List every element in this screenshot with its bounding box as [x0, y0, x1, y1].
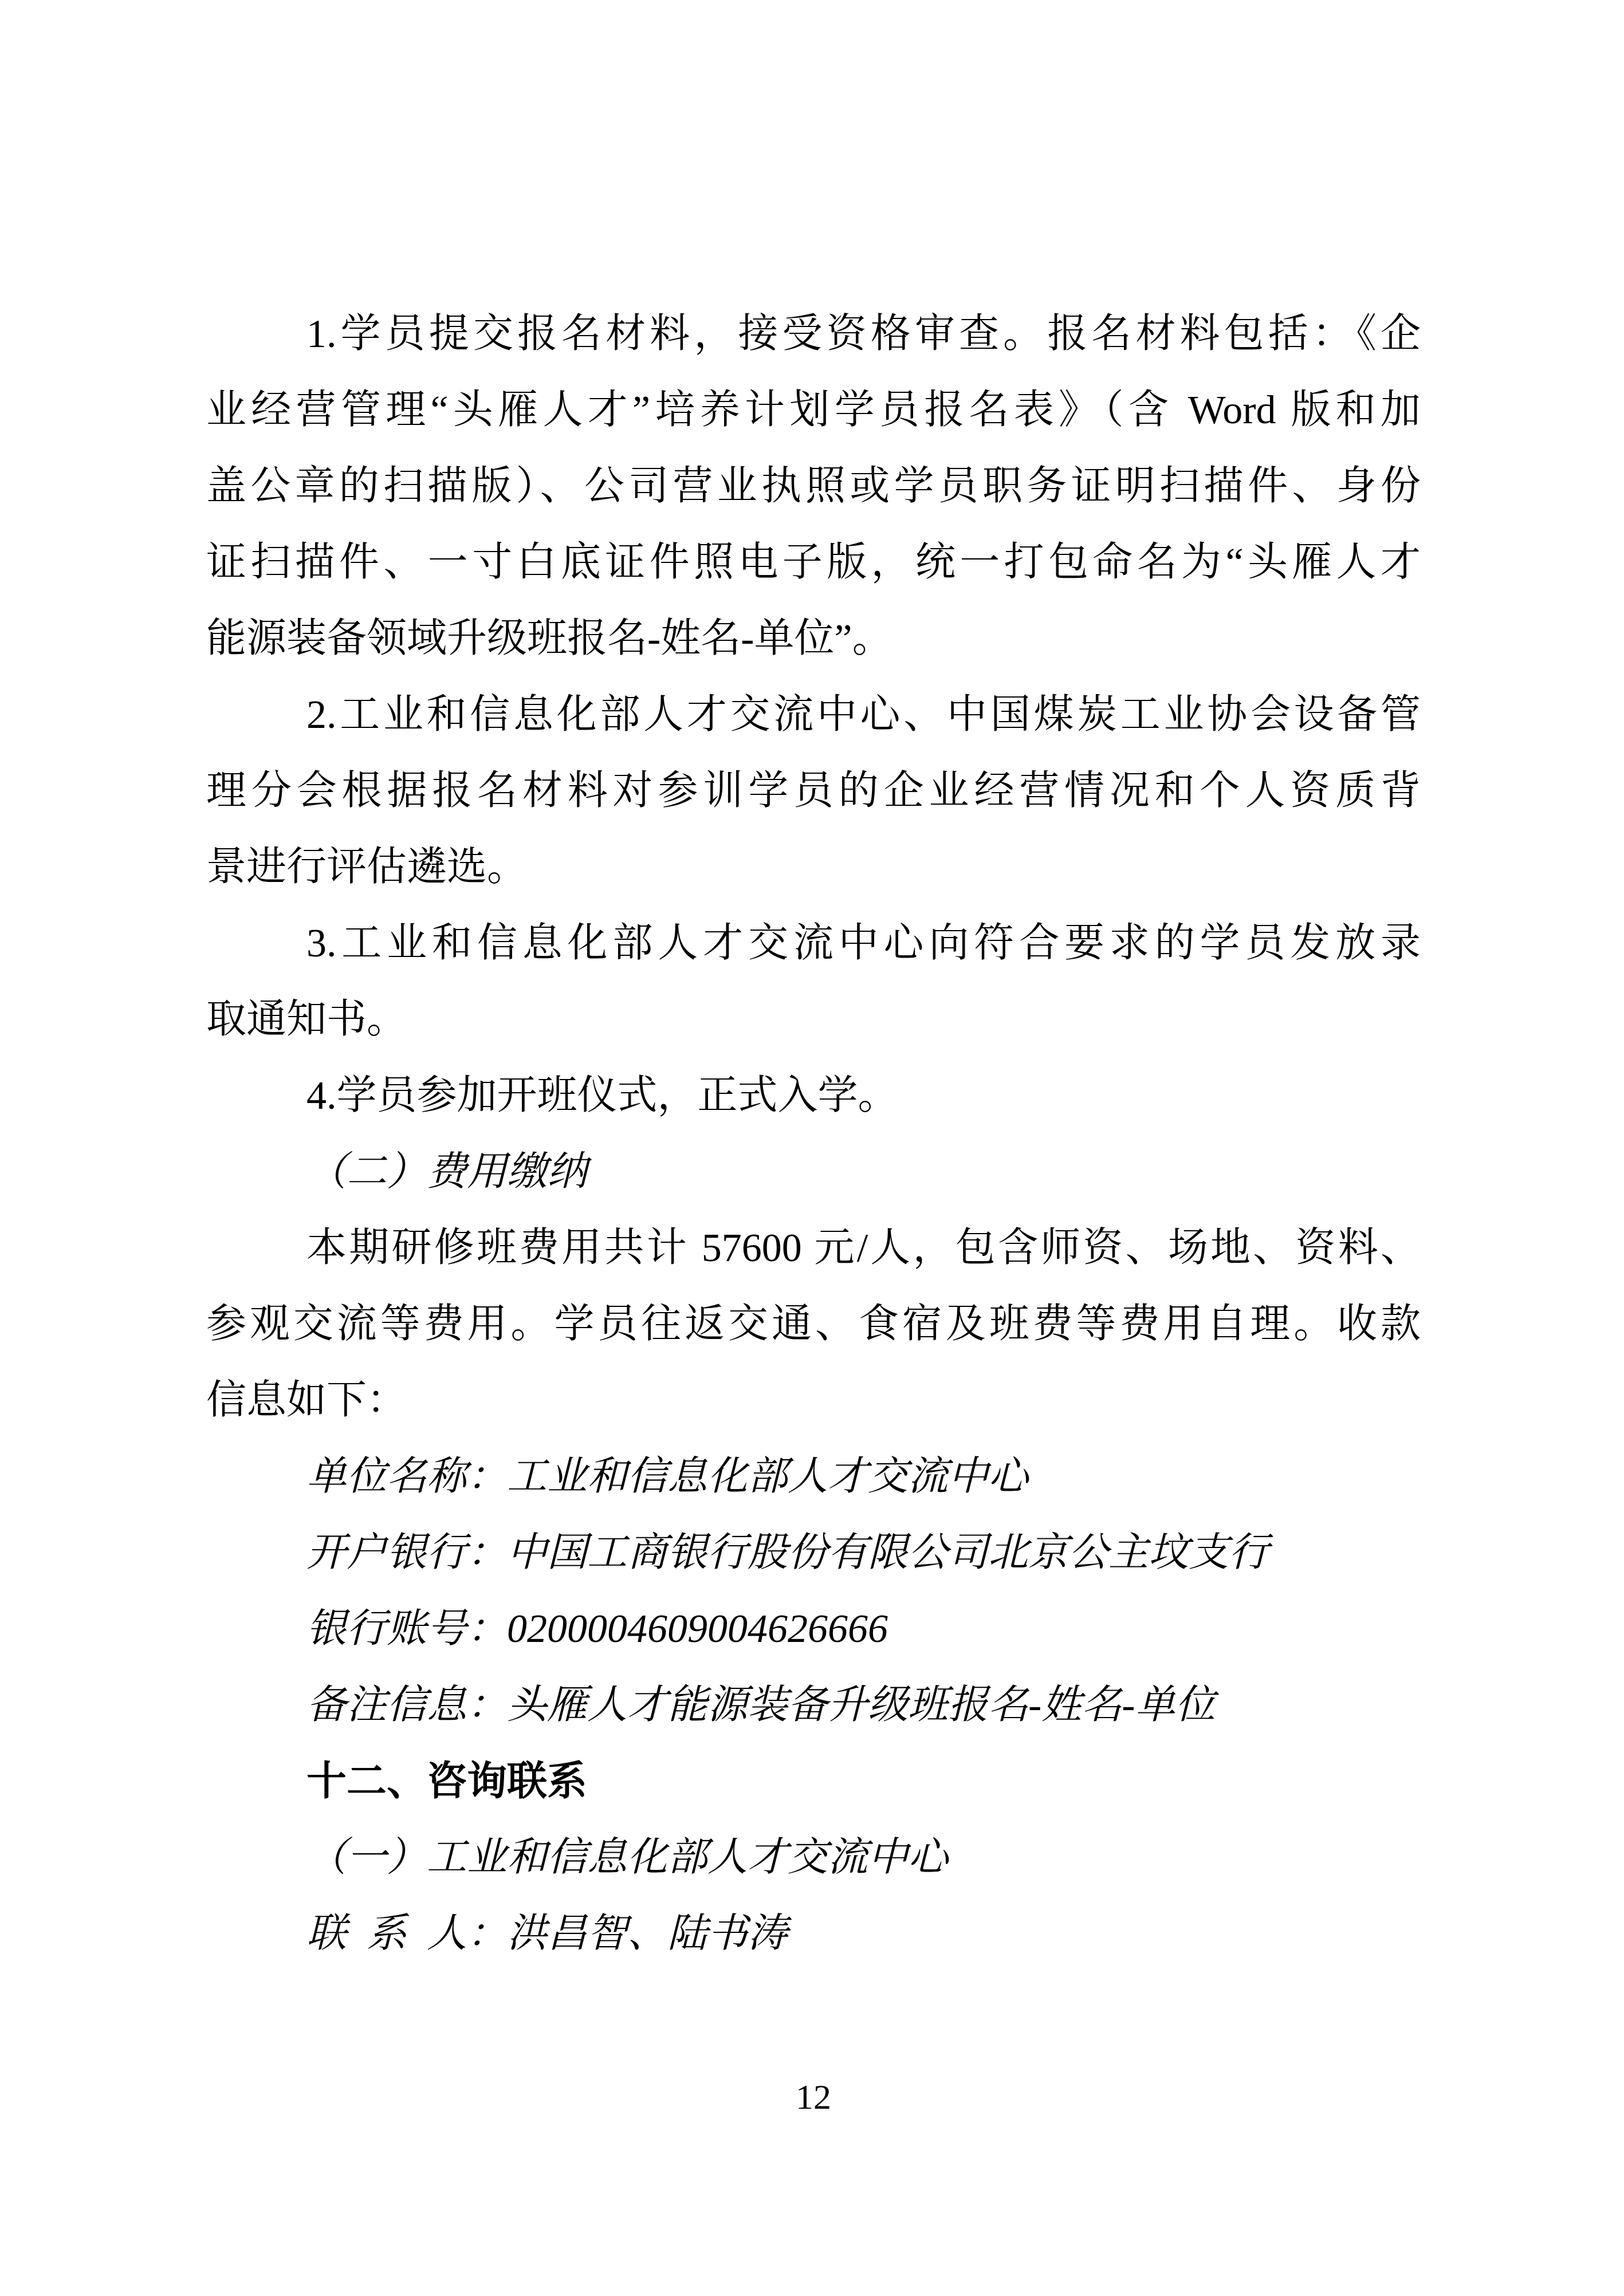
paragraph-enrollment-step-1: 1.学员提交报名材料，接受资格审查。报名材料包括：《企 业经营管理“头雁人才”培… — [206, 296, 1421, 677]
paragraph-enrollment-step-4: 4.学员参加开班仪式，正式入学。 — [206, 1058, 1421, 1134]
text-line: 理分会根据报名材料对参训学员的企业经营情况和个人资质背 — [206, 753, 1421, 829]
text-line: 本期研修班费用共计 57600 元/人，包含师资、场地、资料、 — [206, 1210, 1421, 1286]
text-line: 能源装备领域升级班报名-姓名-单位”。 — [206, 601, 1421, 677]
text-line: 业经营管理“头雁人才”培养计划学员报名表》（含 Word 版和加 — [206, 372, 1421, 448]
subsection-heading-fee-payment: （二）费用缴纳 — [206, 1134, 1421, 1210]
payment-info-block: 单位名称：工业和信息化部人才交流中心 开户银行：中国工商银行股份有限公司北京公主… — [206, 1439, 1421, 1743]
subsection-heading-miit-center: （一）工业和信息化部人才交流中心 — [206, 1820, 1421, 1896]
payee-name-line: 单位名称：工业和信息化部人才交流中心 — [206, 1439, 1421, 1515]
text-line: 2.工业和信息化部人才交流中心、中国煤炭工业协会设备管 — [206, 677, 1421, 753]
text-line: 1.学员提交报名材料，接受资格审查。报名材料包括：《企 — [206, 296, 1421, 372]
section-heading-text: 十二、咨询联系 — [206, 1743, 1421, 1820]
document-page: 1.学员提交报名材料，接受资格审查。报名材料包括：《企 业经营管理“头雁人才”培… — [0, 0, 1624, 2296]
text-line: 参观交流等费用。学员往返交通、食宿及班费等费用自理。收款 — [206, 1286, 1421, 1362]
text-line: 信息如下： — [206, 1362, 1421, 1439]
text-line: 盖公章的扫描版）、公司营业执照或学员职务证明扫描件、身份 — [206, 448, 1421, 525]
contact-person-block: 联 系 人：洪昌智、陆书涛 — [206, 1896, 1421, 1972]
text-line: 4.学员参加开班仪式，正式入学。 — [206, 1058, 1421, 1134]
page-body-text: 1.学员提交报名材料，接受资格审查。报名材料包括：《企 业经营管理“头雁人才”培… — [206, 296, 1421, 1972]
contact-person-line: 联 系 人：洪昌智、陆书涛 — [206, 1896, 1421, 1972]
bank-name-line: 开户银行：中国工商银行股份有限公司北京公主坟支行 — [206, 1515, 1421, 1591]
subsection-heading-text: （二）费用缴纳 — [206, 1134, 1421, 1210]
subsection-heading-text: （一）工业和信息化部人才交流中心 — [206, 1820, 1421, 1896]
section-heading-contact: 十二、咨询联系 — [206, 1743, 1421, 1820]
text-line: 证扫描件、一寸白底证件照电子版，统一打包命名为“头雁人才 — [206, 525, 1421, 601]
bank-account-line: 银行账号：0200004609004626666 — [206, 1591, 1421, 1667]
paragraph-enrollment-step-2: 2.工业和信息化部人才交流中心、中国煤炭工业协会设备管 理分会根据报名材料对参训… — [206, 677, 1421, 905]
paragraph-fee-details: 本期研修班费用共计 57600 元/人，包含师资、场地、资料、 参观交流等费用。… — [206, 1210, 1421, 1439]
page-number: 12 — [206, 2069, 1421, 2126]
text-line: 取通知书。 — [206, 982, 1421, 1058]
text-line: 3.工业和信息化部人才交流中心向符合要求的学员发放录 — [206, 905, 1421, 982]
remark-line: 备注信息：头雁人才能源装备升级班报名-姓名-单位 — [206, 1667, 1421, 1743]
text-line: 景进行评估遴选。 — [206, 829, 1421, 905]
paragraph-enrollment-step-3: 3.工业和信息化部人才交流中心向符合要求的学员发放录 取通知书。 — [206, 905, 1421, 1058]
